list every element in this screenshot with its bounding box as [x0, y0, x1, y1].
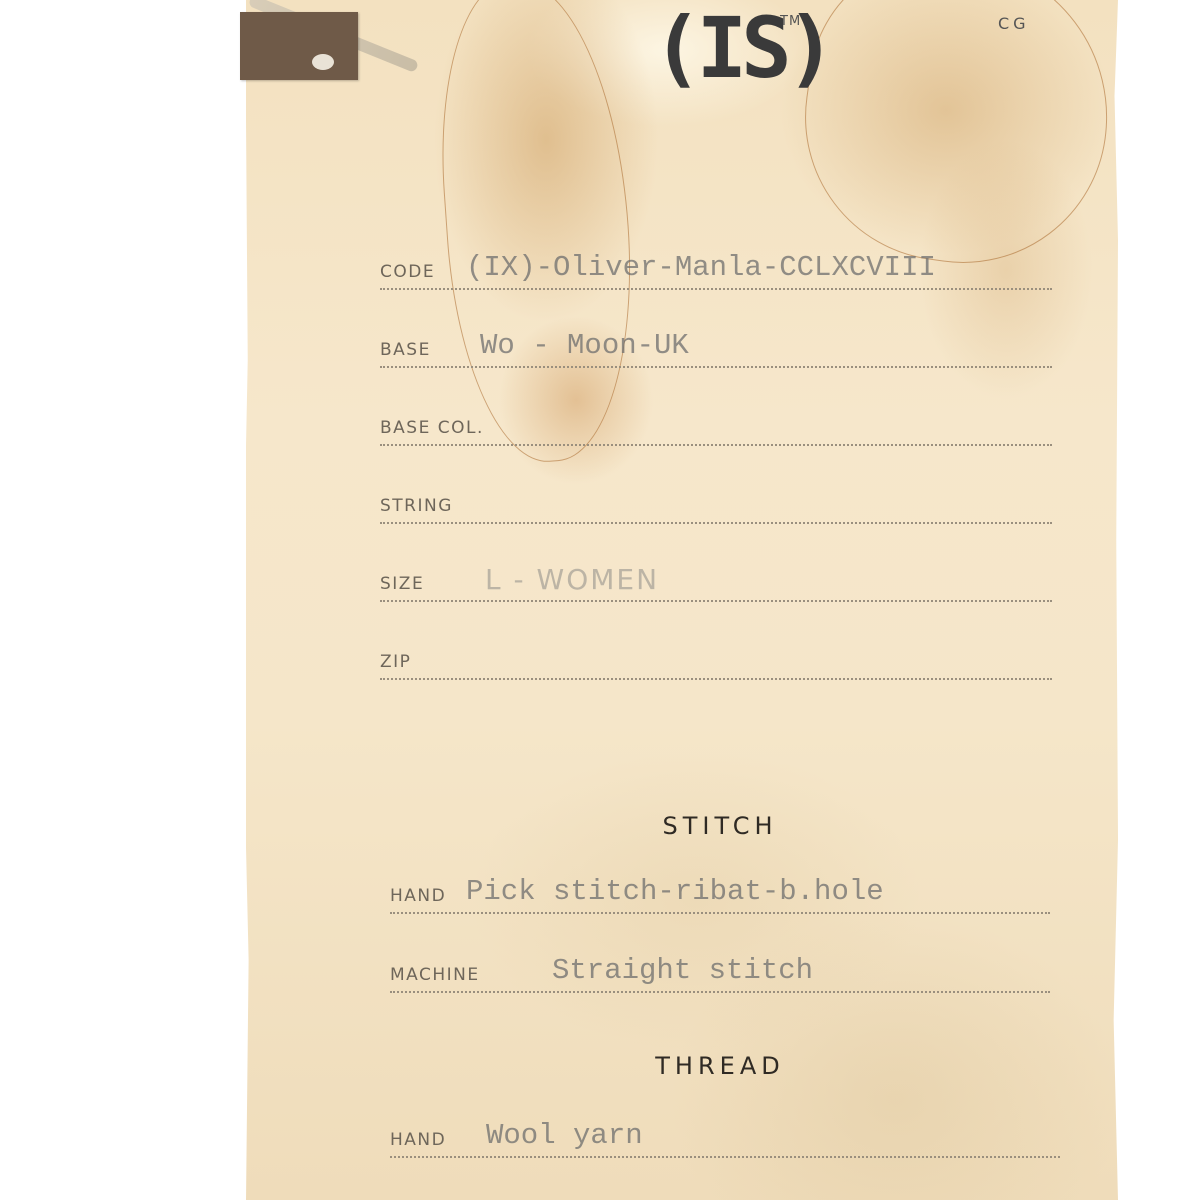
dotted-line: [380, 522, 1052, 524]
field-zip: ZIP: [380, 640, 1052, 680]
field-base-col: BASE COL.: [380, 406, 1052, 446]
field-thread-hand: HAND Wool yarn: [390, 1118, 1060, 1158]
water-stain-right: [786, 0, 1127, 282]
field-stitch-machine: MACHINE Straight stitch: [390, 953, 1050, 993]
field-code: CODE (IX)-Oliver-Manla-CCLXCVIII: [380, 250, 1052, 290]
dotted-line: [380, 444, 1052, 446]
dotted-line: [390, 991, 1050, 993]
field-label: HAND: [390, 886, 446, 906]
field-string: STRING: [380, 484, 1052, 524]
field-value: (IX)-Oliver-Manla-CCLXCVIII: [466, 251, 936, 284]
dotted-line: [380, 678, 1052, 680]
leather-tag-patch: [240, 12, 358, 80]
field-label: HAND: [390, 1130, 446, 1150]
eyelet-icon: [312, 54, 334, 70]
dotted-line: [380, 600, 1052, 602]
trademark-mark: TM: [780, 14, 801, 29]
field-label: BASE: [380, 340, 431, 360]
field-size: SIZE L - WOMEN: [380, 562, 1052, 602]
field-label: ZIP: [380, 652, 411, 672]
field-stitch-hand: HAND Pick stitch-ribat-b.hole: [390, 874, 1050, 914]
dotted-line: [380, 288, 1052, 290]
field-label: STRING: [380, 496, 453, 516]
field-value: Pick stitch-ribat-b.hole: [466, 875, 884, 908]
field-value: Straight stitch: [552, 954, 813, 987]
field-value: Wool yarn: [486, 1119, 643, 1152]
field-base: BASE Wo - Moon-UK: [380, 328, 1052, 368]
initials: CG: [998, 14, 1030, 33]
stitch-heading: STITCH: [0, 812, 1200, 840]
dotted-line: [390, 912, 1050, 914]
field-label: BASE COL.: [380, 418, 484, 438]
brand-logo: (IS): [652, 6, 830, 90]
dotted-line: [390, 1156, 1060, 1158]
field-value: Wo - Moon-UK: [480, 329, 689, 362]
water-stain-left: [429, 0, 644, 468]
field-label: SIZE: [380, 574, 424, 594]
field-value: L - WOMEN: [485, 563, 659, 596]
thread-heading: THREAD: [0, 1052, 1200, 1080]
field-label: CODE: [380, 262, 435, 282]
field-label: MACHINE: [390, 965, 480, 985]
dotted-line: [380, 366, 1052, 368]
